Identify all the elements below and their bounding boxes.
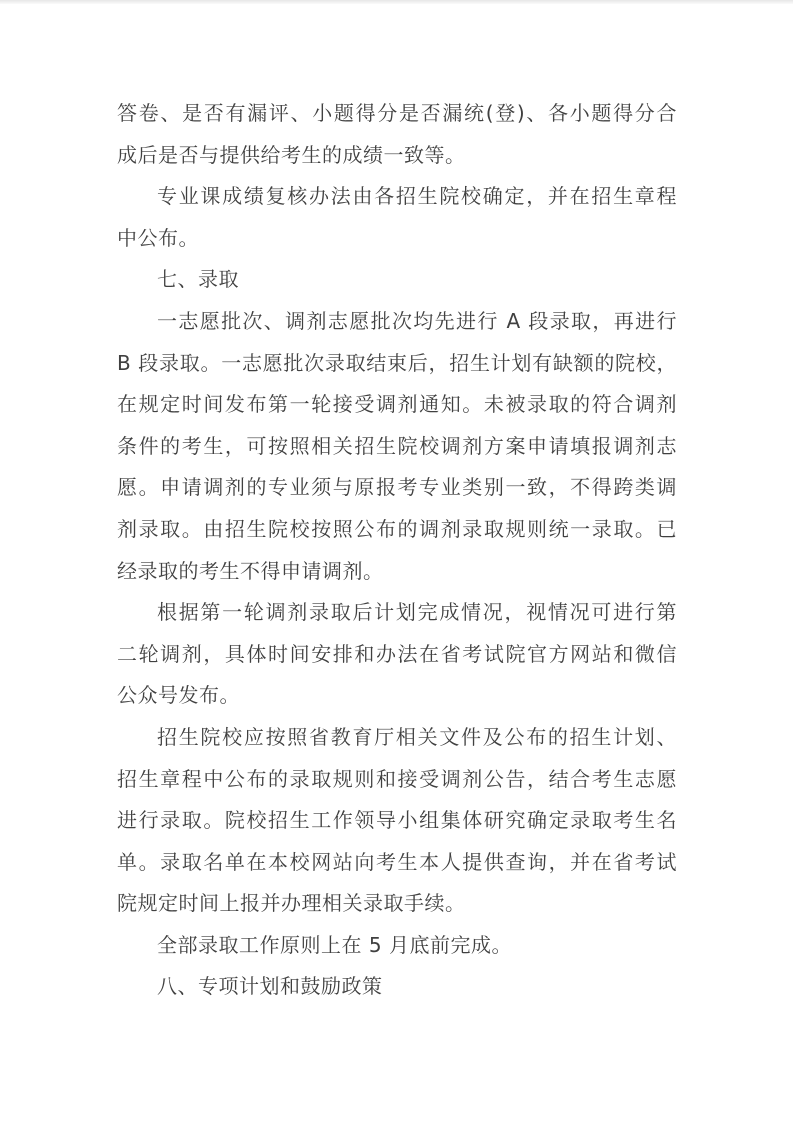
document-line: 一志愿批次、调剂志愿批次均先进行 A 段录取，再进行 [117, 301, 677, 343]
document-body: 答卷、是否有漏评、小题得分是否漏统(登)、各小题得分合 成后是否与提供给考生的成… [117, 93, 677, 1008]
document-line: 单。录取名单在本校网站向考生本人提供查询，并在省考试 [117, 842, 677, 884]
document-line: 进行录取。院校招生工作领导小组集体研究确定录取考生名 [117, 800, 677, 842]
document-section-heading: 七、录取 [117, 259, 677, 301]
document-line: 招生章程中公布的录取规则和接受调剂公告，结合考生志愿 [117, 759, 677, 801]
document-line: 全部录取工作原则上在 5 月底前完成。 [117, 925, 677, 967]
document-line: 公众号发布。 [117, 675, 677, 717]
document-line: 在规定时间发布第一轮接受调剂通知。未被录取的符合调剂 [117, 384, 677, 426]
document-line: 二轮调剂，具体时间安排和办法在省考试院官方网站和微信 [117, 634, 677, 676]
document-line: 剂录取。由招生院校按照公布的调剂录取规则统一录取。已 [117, 509, 677, 551]
document-line: 院规定时间上报并办理相关录取手续。 [117, 883, 677, 925]
document-line: 愿。申请调剂的专业须与原报考专业类别一致，不得跨类调 [117, 467, 677, 509]
document-line: 条件的考生，可按照相关招生院校调剂方案申请填报调剂志 [117, 426, 677, 468]
document-line: 成后是否与提供给考生的成绩一致等。 [117, 135, 677, 177]
document-line: 专业课成绩复核办法由各招生院校确定，并在招生章程 [117, 176, 677, 218]
document-line: B 段录取。一志愿批次录取结束后，招生计划有缺额的院校， [117, 343, 677, 385]
document-line: 中公布。 [117, 218, 677, 260]
document-line: 经录取的考生不得申请调剂。 [117, 551, 677, 593]
document-line: 根据第一轮调剂录取后计划完成情况，视情况可进行第 [117, 592, 677, 634]
document-line: 招生院校应按照省教育厅相关文件及公布的招生计划、 [117, 717, 677, 759]
document-line: 答卷、是否有漏评、小题得分是否漏统(登)、各小题得分合 [117, 93, 677, 135]
page-top-divider [0, 0, 793, 4]
document-page: 答卷、是否有漏评、小题得分是否漏统(登)、各小题得分合 成后是否与提供给考生的成… [0, 0, 793, 1122]
document-section-heading: 八、专项计划和鼓励政策 [117, 966, 677, 1008]
